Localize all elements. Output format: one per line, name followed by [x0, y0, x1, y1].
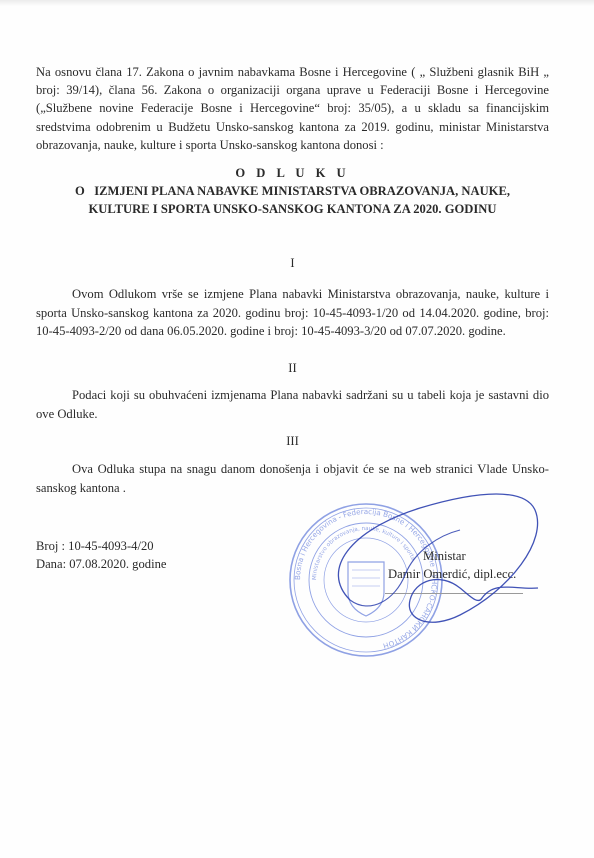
section-number-2: II [36, 361, 549, 376]
scan-edge-shadow [0, 0, 594, 6]
document-page: Na osnovu člana 17. Zakona o javnim naba… [0, 0, 594, 858]
preamble-paragraph: Na osnovu člana 17. Zakona o javnim naba… [36, 63, 549, 154]
handwritten-signature-icon [310, 480, 550, 630]
decision-title-block: O D L U K U O IZMJENI PLANA NABAVKE MINI… [36, 164, 549, 218]
decision-subtitle-line2: KULTURE I SPORTA UNSKO-SANSKOG KANTONA Z… [36, 200, 549, 218]
section-text-2: Podaci koji su obuhvaćeni izmjenama Plan… [36, 386, 549, 424]
reference-number: Broj : 10-45-4093-4/20 [36, 537, 166, 555]
document-meta: Broj : 10-45-4093-4/20 Dana: 07.08.2020.… [36, 537, 166, 574]
section-text-1: Ovom Odlukom vrše se izmjene Plana nabav… [36, 285, 549, 341]
section-number-1: I [36, 256, 549, 271]
document-date: Dana: 07.08.2020. godine [36, 555, 166, 573]
decision-title: O D L U K U [36, 164, 549, 182]
section-number-3: III [36, 434, 549, 449]
decision-subtitle-line1: O IZMJENI PLANA NABAVKE MINISTARSTVA OBR… [36, 182, 549, 200]
